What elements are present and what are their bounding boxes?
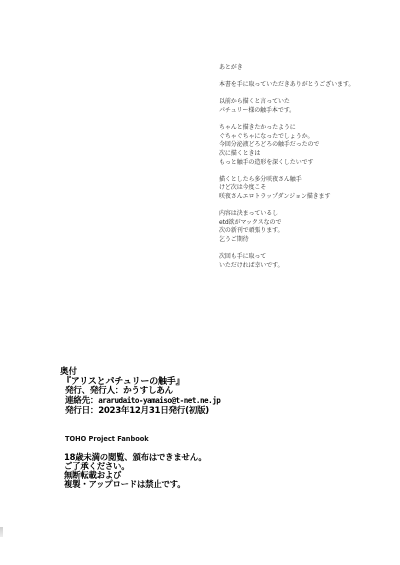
afterword-line: けど次は今度こそ <box>219 184 397 193</box>
afterword-paragraph: 描くとしたら多分咲夜さん触手 けど次は今度こそ 咲夜さんエロトラップダンジョン描… <box>219 176 397 202</box>
afterword-line: etd欲がマックスなので <box>219 219 397 228</box>
colophon-heading: 奥付 <box>60 367 250 377</box>
afterword-paragraph: 次回も手に取って いただければ幸いです。 <box>219 253 397 270</box>
date-label: 発行日： <box>65 406 98 416</box>
publisher-line: 発行、発行人：かうすしあん <box>65 387 250 396</box>
date-line: 発行日：2023年12月31日発行(初版) <box>65 407 250 416</box>
afterword-line: 内容は決まっているし <box>219 210 397 219</box>
afterword-paragraph: 以前から描くと言っていた パチュリー様の触手本です。 <box>219 98 397 115</box>
afterword-title: あとがき <box>219 64 397 73</box>
publisher-name: かうすしあん <box>123 386 173 396</box>
afterword-line: いただければ幸いです。 <box>219 262 397 271</box>
afterword-line: 今回分泌液どろどろの触手だったので <box>219 141 397 150</box>
fanbook-label: TOHO Project Fanbook <box>65 435 149 443</box>
afterword-paragraph: ちゃんと描きたかったように ぐちゃぐちゃになったでしょうか。 今回分泌液どろどろ… <box>219 124 397 167</box>
afterword-line: パチュリー様の触手本です。 <box>219 107 397 116</box>
afterword-section: あとがき 本書を手に取っていただきありがとうございます。 以前から描くと言ってい… <box>219 64 397 279</box>
afterword-line: 以前から描くと言っていた <box>219 98 397 107</box>
page-edge-mark <box>0 527 3 537</box>
afterword-line: 咲夜さんエロトラップダンジョン描きます <box>219 193 397 202</box>
notice-line: 複製・アップロードは禁止です。 <box>64 480 207 489</box>
afterword-line: 次の新刊で頑張ります。 <box>219 227 397 236</box>
book-page: あとがき 本書を手に取っていただきありがとうございます。 以前から描くと言ってい… <box>0 0 400 565</box>
afterword-line: 乞うご期待 <box>219 236 397 245</box>
colophon-section: 奥付 『アリスとパチュリーの触手』 発行、発行人：かうすしあん 連絡先：arar… <box>60 367 250 416</box>
contact-email: ararudaito-yamaiso@t-net.ne.jp <box>98 396 220 405</box>
publish-date: 2023年12月31日発行(初版) <box>98 406 209 416</box>
publisher-label: 発行、発行人： <box>65 386 123 396</box>
afterword-line: 次回も手に取って <box>219 253 397 262</box>
afterword-paragraph: 本書を手に取っていただきありがとうございます。 <box>219 81 397 90</box>
afterword-line: ちゃんと描きたかったように <box>219 124 397 133</box>
afterword-title-text: あとがき <box>219 64 397 73</box>
age-notice: 18歳未満の閲覧、頒布はできません。 ご了承ください。 無断転載および 複製・ア… <box>64 453 207 489</box>
afterword-line: 次に描くときは <box>219 150 397 159</box>
afterword-paragraph: 内容は決まっているし etd欲がマックスなので 次の新刊で頑張ります。 乞うご期… <box>219 210 397 244</box>
afterword-line: もっと触手の造形を深くしたいです <box>219 159 397 168</box>
afterword-line: 本書を手に取っていただきありがとうございます。 <box>219 81 397 90</box>
